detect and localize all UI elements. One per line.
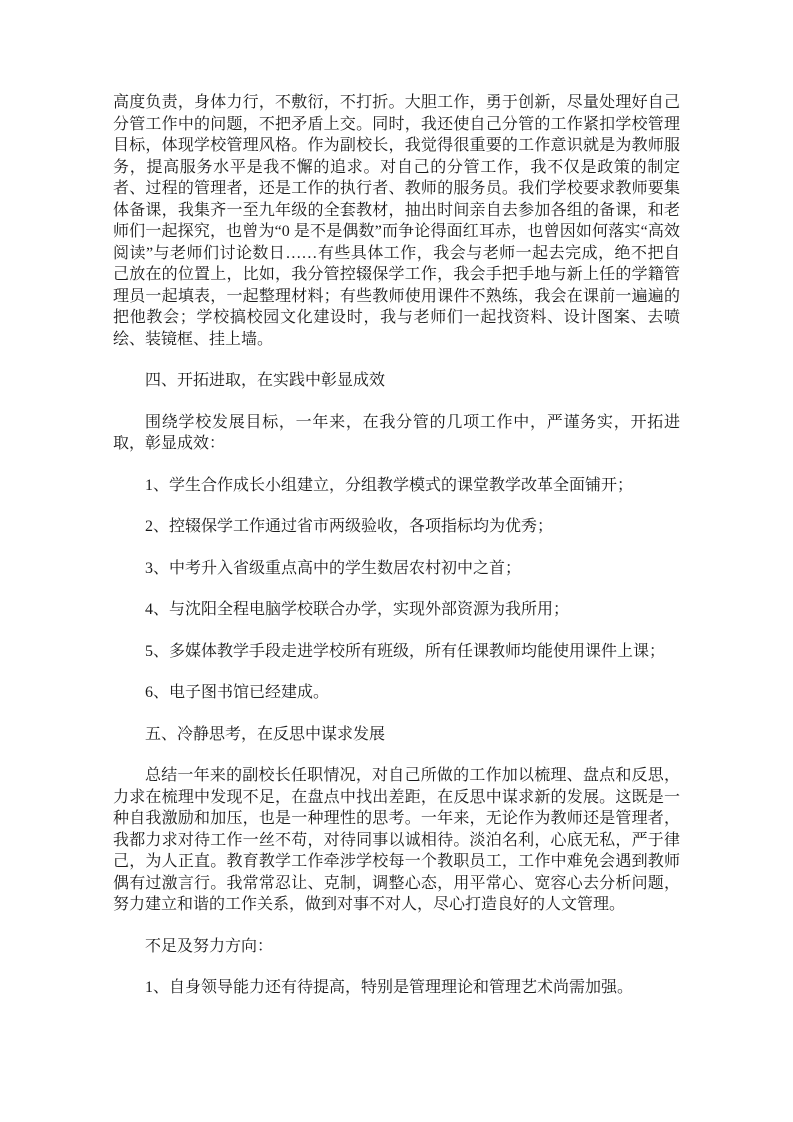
list-item-shortcoming-1: 1、自身领导能力还有待提高，特别是管理理论和管理艺术尚需加强。 (113, 977, 680, 999)
section-heading-4: 四、开拓进取，在实践中彰显成效 (113, 370, 680, 392)
list-item-4: 4、与沈阳全程电脑学校联合办学，实现外部资源为我所用； (113, 599, 680, 621)
list-item-1: 1、学生合作成长小组建立，分组教学模式的课堂教学改革全面铺开； (113, 475, 680, 497)
paragraph: 围绕学校发展目标，一年来，在我分管的几项工作中，严谨务实，开拓进取，彰显成效： (113, 412, 680, 455)
list-item-2: 2、控辍保学工作通过省市两级验收，各项指标均为优秀； (113, 516, 680, 538)
continuation-paragraph: 高度负责，身体力行，不敷衍，不打折。大胆工作，勇于创新，尽量处理好自己分管工作中… (113, 92, 680, 350)
section-heading-5: 五、冷静思考，在反思中谋求发展 (113, 724, 680, 746)
list-item-3: 3、中考升入省级重点高中的学生数居农村初中之首； (113, 558, 680, 580)
list-item-6: 6、电子图书馆已经建成。 (113, 682, 680, 704)
list-item-5: 5、多媒体教学手段走进学校所有班级，所有任课教师均能使用课件上课； (113, 641, 680, 663)
paragraph: 总结一年来的副校长任职情况，对自己所做的工作加以梳理、盘点和反思，力求在梳理中发… (113, 765, 680, 916)
document-page: 高度负责，身体力行，不敷衍，不打折。大胆工作，勇于创新，尽量处理好自己分管工作中… (0, 0, 793, 1122)
paragraph: 不足及努力方向： (113, 936, 680, 958)
